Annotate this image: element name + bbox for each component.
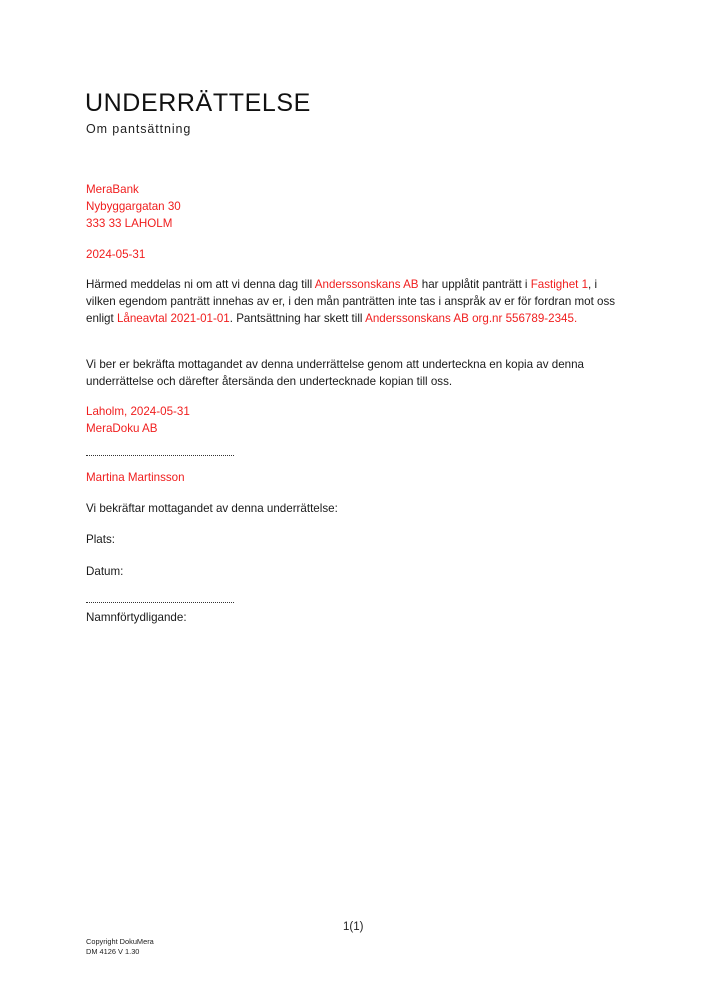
document-subtitle: Om pantsättning — [86, 121, 191, 137]
confirmation-heading: Vi bekräftar mottagandet av denna underr… — [86, 500, 338, 517]
field-property: Fastighet 1 — [531, 278, 588, 291]
document-date: 2024-05-31 — [86, 246, 145, 263]
place-label: Plats: — [86, 531, 115, 548]
signature-company: MeraDoku AB — [86, 420, 190, 437]
footer: Copyright DokuMera DM 4126 V 1.30 — [86, 937, 154, 957]
field-pledgee-orgnr: Anderssonskans AB org.nr 556789-2345 — [365, 312, 574, 325]
paragraph-text: . — [574, 312, 577, 325]
signature-block: Laholm, 2024-05-31 MeraDoku AB — [86, 403, 190, 437]
field-pledgee: Anderssonskans AB — [315, 278, 419, 291]
recipient-street: Nybyggargatan 30 — [86, 198, 386, 215]
notice-paragraph: Härmed meddelas ni om att vi denna dag t… — [86, 276, 626, 327]
signature-line — [86, 455, 234, 458]
confirmation-request-paragraph: Vi ber er bekräfta mottagandet av denna … — [86, 356, 626, 390]
paragraph-text: . Pantsättning har skett till — [230, 312, 365, 325]
footer-version: DM 4126 V 1.30 — [86, 947, 154, 957]
name-clarification-label: Namnförtydligande: — [86, 609, 187, 626]
field-loan-agreement: Låneavtal 2021-01-01 — [117, 312, 230, 325]
recipient-address: MeraBank Nybyggargatan 30 333 33 LAHOLM — [86, 181, 386, 232]
recipient-postal: 333 33 LAHOLM — [86, 215, 386, 232]
paragraph-text: har upplåtit panträtt i — [419, 278, 531, 291]
footer-copyright: Copyright DokuMera — [86, 937, 154, 947]
signatory-name: Martina Martinsson — [86, 469, 185, 486]
recipient-name: MeraBank — [86, 181, 386, 198]
confirmation-signature-line — [86, 602, 234, 605]
document-title: UNDERRÄTTELSE — [85, 88, 311, 118]
paragraph-text: Härmed meddelas ni om att vi denna dag t… — [86, 278, 315, 291]
page-number: 1(1) — [343, 921, 363, 933]
signature-place-date: Laholm, 2024-05-31 — [86, 403, 190, 420]
document-page: UNDERRÄTTELSE Om pantsättning MeraBank N… — [0, 0, 707, 1000]
date-label: Datum: — [86, 563, 123, 580]
